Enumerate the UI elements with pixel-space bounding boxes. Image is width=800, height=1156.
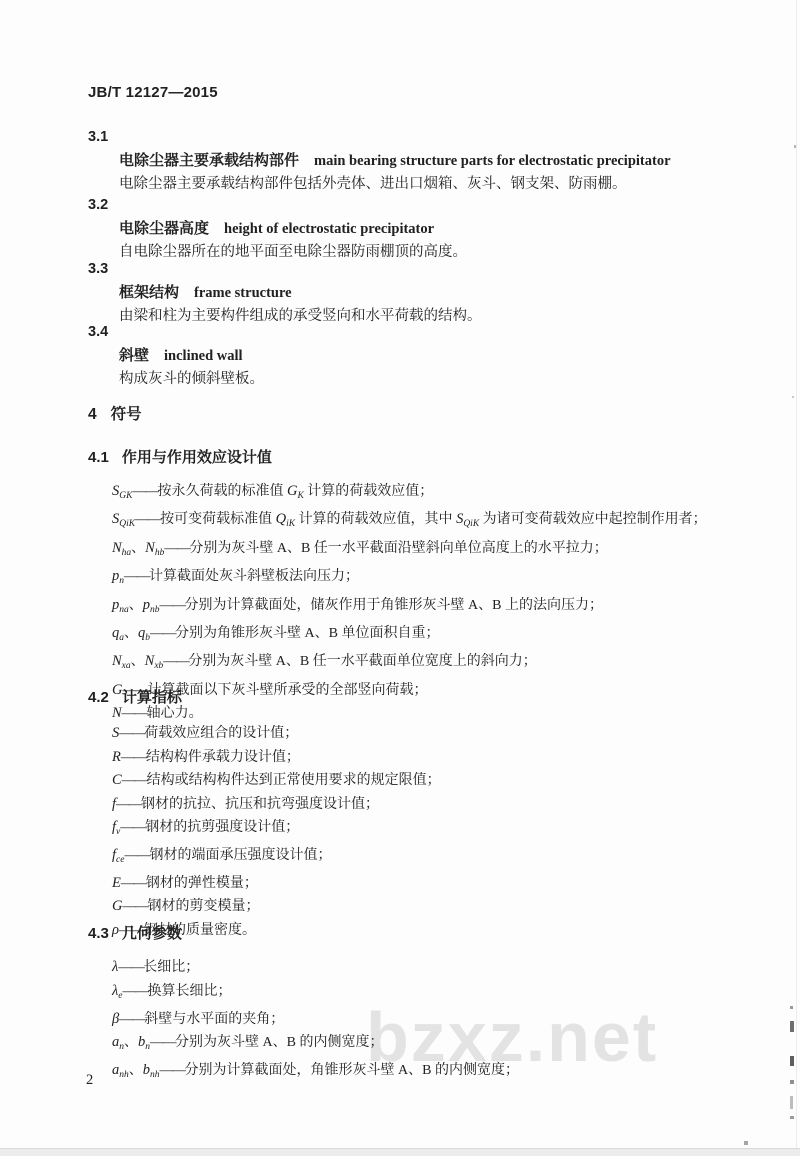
symbol-definition-line: anh、bnh——分别为计算截面处，角锥形灰斗壁 A、B 的内侧宽度； [112, 1059, 796, 1087]
symbol: Nha、Nhb [112, 541, 164, 556]
definition-dash: —— [119, 726, 144, 741]
scan-artifact [790, 1080, 794, 1084]
symbol-definition-line: qa、qb——分别为角锥形灰斗壁 A、B 单位面积自重； [112, 622, 796, 650]
chapter-title: 符号 [111, 406, 142, 423]
symbol-description: 钢材的端面承压强度设计值； [149, 848, 331, 863]
term-section-3-1: 3.1 电除尘器主要承载结构部件main bearing structure p… [88, 126, 760, 196]
symbol-description: 分别为角锥形灰斗壁 A、B 单位面积自重； [175, 626, 439, 641]
symbol-description: 分别为计算截面处，储灰作用于角锥形灰斗壁 A、B 上的法向压力； [185, 598, 603, 613]
definition-dash: —— [123, 984, 148, 999]
term-zh: 电除尘器主要承载结构部件 [119, 152, 299, 169]
definition-dash: —— [160, 1063, 185, 1078]
symbol-description: 按永久荷载的标准值 GK 计算的荷载效应值； [157, 484, 433, 499]
definition-dash: —— [122, 773, 147, 788]
symbol-description: 斜壁与水平面的夹角； [144, 1012, 284, 1027]
definition-dash: —— [122, 899, 147, 914]
symbol-definition-line: R——结构构件承载力设计值； [112, 746, 796, 770]
symbol-description: 轴心力。 [147, 706, 203, 721]
symbol-description: 换算长细比； [148, 984, 232, 999]
symbol-definition-line: Nha、Nhb——分别为灰斗壁 A、B 任一水平截面沿壁斜向单位高度上的水平拉力… [112, 537, 796, 565]
term-en: main bearing structure parts for electro… [314, 153, 671, 169]
definition-dash: —— [121, 876, 146, 891]
term-section-3-4: 3.4 斜壁inclined wall 构成灰斗的倾斜壁板。 [88, 321, 760, 391]
subsection-number: 4.2 [88, 689, 109, 706]
chapter-heading: 4符号 [88, 402, 142, 424]
symbol-description: 结构或结构构件达到正常使用要求的规定限值； [147, 773, 441, 788]
definition-dash: —— [116, 797, 141, 812]
symbol-definition-line: ρ——钢材的质量密度。 [112, 919, 796, 943]
symbol: C [112, 773, 122, 788]
term-heading: 框架结构frame structure [88, 281, 760, 305]
symbol-definition-line: E——钢材的弹性模量； [112, 872, 796, 896]
bottom-scan-strip [0, 1148, 800, 1156]
term-en: inclined wall [164, 348, 243, 364]
definition-dash: —— [120, 820, 145, 835]
subsection-heading-4-1: 4.1作用与作用效应设计值 [88, 446, 272, 467]
definition-dash: —— [160, 598, 185, 613]
symbol: pn [112, 569, 124, 584]
symbol-definition-line: fce——钢材的端面承压强度设计值； [112, 844, 796, 872]
symbol-description: 荷载效应组合的设计值； [144, 726, 298, 741]
definition-dash: —— [163, 654, 188, 669]
term-zh: 斜壁 [119, 347, 149, 364]
term-en: height of electrostatic precipitator [224, 221, 434, 237]
scan-artifact [744, 1141, 748, 1145]
symbol: E [112, 876, 121, 891]
symbol-definition-line: β——斜壁与水平面的夹角； [112, 1008, 796, 1032]
symbol: anh、bnh [112, 1063, 160, 1078]
symbol: fce [112, 848, 124, 863]
definition-dash: —— [118, 960, 143, 975]
symbol-definition-line: SQiK——按可变荷载标准值 QiK 计算的荷载效应值，其中 SQiK 为诸可变… [112, 508, 796, 536]
symbol-description: 分别为灰斗壁 A、B 任一水平截面沿壁斜向单位高度上的水平拉力； [189, 541, 607, 556]
symbol-definitions-4-1: SGK——按永久荷载的标准值 GK 计算的荷载效应值；SQiK——按可变荷载标准… [112, 480, 796, 726]
symbol-definition-line: SGK——按永久荷载的标准值 GK 计算的荷载效应值； [112, 480, 796, 508]
page-edge-line [796, 0, 797, 1148]
symbol-definitions-4-3: λ——长细比；λe——换算长细比；β——斜壁与水平面的夹角；an、bn——分别为… [112, 956, 796, 1087]
term-en: frame structure [194, 285, 292, 301]
symbol-definition-line: C——结构或结构构件达到正常使用要求的规定限值； [112, 769, 796, 793]
scan-artifact [790, 1021, 794, 1032]
subsection-heading-4-3: 4.3几何参数 [88, 922, 182, 943]
symbol-description: 分别为灰斗壁 A、B 的内侧宽度； [175, 1035, 383, 1050]
section-number: 3.1 [88, 126, 760, 149]
term-zh: 框架结构 [119, 284, 179, 301]
section-number: 3.4 [88, 321, 760, 344]
symbol: SQiK [112, 512, 135, 527]
symbol-definition-line: pna、pnb——分别为计算截面处，储灰作用于角锥形灰斗壁 A、B 上的法向压力… [112, 594, 796, 622]
symbol-description: 分别为灰斗壁 A、B 任一水平截面单位宽度上的斜向力； [188, 654, 536, 669]
definition-dash: —— [124, 848, 149, 863]
symbol-description: 钢材的剪变模量； [147, 899, 259, 914]
symbol-description: 钢材的抗剪强度设计值； [145, 820, 299, 835]
symbol-description: 钢材的弹性模量； [146, 876, 258, 891]
symbol: qa、qb [112, 626, 150, 641]
symbol-definition-line: G——钢材的剪变模量； [112, 895, 796, 919]
symbol-definition-line: S——荷载效应组合的设计值； [112, 722, 796, 746]
definition-dash: —— [122, 706, 147, 721]
symbol-description: 结构构件承载力设计值； [146, 750, 300, 765]
definition-dash: —— [124, 569, 149, 584]
symbol: fv [112, 820, 120, 835]
scan-artifact [790, 1006, 793, 1009]
subsection-title: 几何参数 [122, 925, 182, 942]
section-number: 3.2 [88, 194, 760, 217]
term-definition: 电除尘器主要承载结构部件包括外壳体、进出口烟箱、灰斗、钢支架、防雨棚。 [88, 173, 760, 196]
definition-dash: —— [150, 1035, 175, 1050]
symbol-description: 计算截面以下灰斗壁所承受的全部竖向荷载； [147, 683, 427, 698]
symbol-definitions-4-2: S——荷载效应组合的设计值；R——结构构件承载力设计值；C——结构或结构构件达到… [112, 722, 796, 942]
subsection-title: 作用与作用效应设计值 [122, 449, 272, 466]
term-heading: 电除尘器主要承载结构部件main bearing structure parts… [88, 149, 760, 173]
symbol: N [112, 706, 122, 721]
term-section-3-2: 3.2 电除尘器高度height of electrostatic precip… [88, 194, 760, 264]
term-heading: 斜壁inclined wall [88, 344, 760, 368]
symbol: R [112, 750, 121, 765]
chapter-number: 4 [88, 406, 97, 423]
scan-artifact [790, 1116, 794, 1119]
term-zh: 电除尘器高度 [119, 220, 209, 237]
definition-dash: —— [150, 626, 175, 641]
symbol-definition-line: λe——换算长细比； [112, 980, 796, 1008]
symbol-definition-line: G——计算截面以下灰斗壁所承受的全部竖向荷载； [112, 679, 796, 702]
symbol-definition-line: an、bn——分别为灰斗壁 A、B 的内侧宽度； [112, 1031, 796, 1059]
subsection-title: 计算指标 [122, 689, 182, 706]
standard-code-header: JB/T 12127—2015 [88, 84, 218, 101]
term-definition: 构成灰斗的倾斜壁板。 [88, 368, 760, 391]
symbol-definition-line: fv——钢材的抗剪强度设计值； [112, 816, 796, 844]
definition-dash: —— [132, 484, 157, 499]
term-heading: 电除尘器高度height of electrostatic precipitat… [88, 217, 760, 241]
symbol-description: 长细比； [143, 960, 199, 975]
symbol-description: 钢材的抗拉、抗压和抗弯强度设计值； [141, 797, 379, 812]
subsection-number: 4.1 [88, 449, 109, 466]
symbol: pna、pnb [112, 598, 160, 613]
symbol-description: 分别为计算截面处，角锥形灰斗壁 A、B 的内侧宽度； [185, 1063, 519, 1078]
scan-artifact [794, 145, 796, 148]
symbol-definition-line: Nxa、Nxb——分别为灰斗壁 A、B 任一水平截面单位宽度上的斜向力； [112, 650, 796, 678]
subsection-number: 4.3 [88, 925, 109, 942]
subsection-heading-4-2: 4.2计算指标 [88, 686, 182, 707]
definition-dash: —— [164, 541, 189, 556]
term-section-3-3: 3.3 框架结构frame structure 由梁和柱为主要构件组成的承受竖向… [88, 258, 760, 328]
page-content: JB/T 12127—2015 3.1 电除尘器主要承载结构部件main bea… [0, 0, 800, 1156]
scan-artifact [790, 1096, 793, 1109]
symbol: an、bn [112, 1035, 150, 1050]
definition-dash: —— [119, 1012, 144, 1027]
symbol: λe [112, 984, 123, 999]
document-page: bzxz.net JB/T 12127—2015 3.1 电除尘器主要承载结构部… [0, 0, 800, 1156]
symbol: SGK [112, 484, 132, 499]
symbol-description: 按可变荷载标准值 QiK 计算的荷载效应值，其中 SQiK 为诸可变荷载效应中起… [160, 512, 707, 527]
symbol: G [112, 899, 122, 914]
scan-artifact [790, 1056, 794, 1066]
symbol-definition-line: pn——计算截面处灰斗斜壁板法向压力； [112, 565, 796, 593]
symbol-definition-line: f——钢材的抗拉、抗压和抗弯强度设计值； [112, 793, 796, 817]
section-number: 3.3 [88, 258, 760, 281]
symbol-description: 计算截面处灰斗斜壁板法向压力； [149, 569, 359, 584]
definition-dash: —— [135, 512, 160, 527]
page-number: 2 [86, 1072, 93, 1089]
scan-artifact [792, 396, 794, 398]
symbol: Nxa、Nxb [112, 654, 163, 669]
definition-dash: —— [121, 750, 146, 765]
symbol-definition-line: λ——长细比； [112, 956, 796, 980]
